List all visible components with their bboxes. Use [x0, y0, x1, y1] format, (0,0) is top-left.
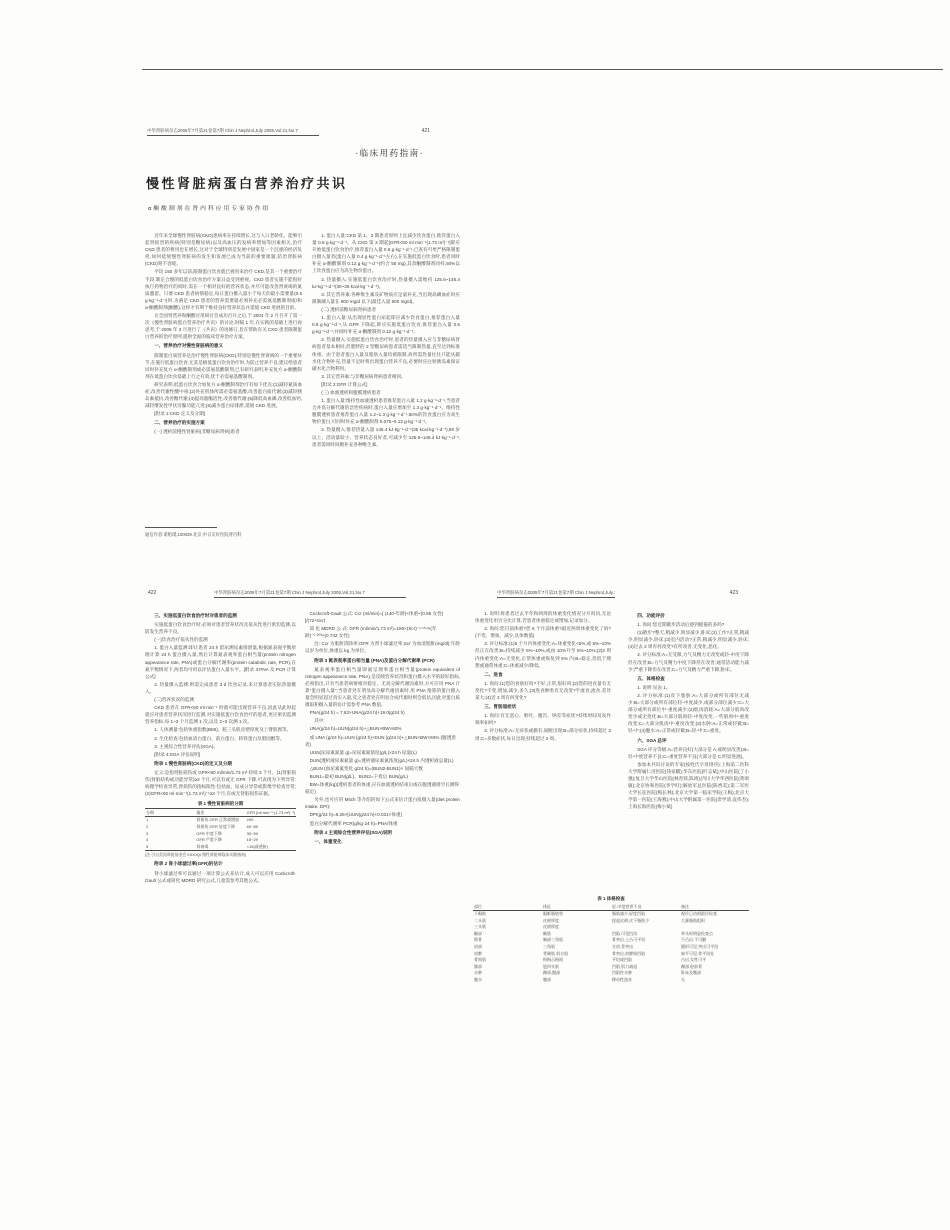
text-block: (一) 透析前慢性肾脏病(非糖尿病肾病)患者 — [145, 428, 302, 435]
text-block: 参加本共识讨论的专家(按姓氏字母排序):上海第二医科大学附属仁济医院(钱家麒);… — [628, 761, 749, 811]
cell-gfr: 60~89 — [246, 824, 296, 831]
text-block: (二)营养状况的监测 — [145, 696, 296, 703]
appendix-1-body: 定义:是指肾脏损伤或 GFR<60 ml/min/1.73 m² 持续 3 个月… — [145, 769, 296, 797]
text-block: Cockcroft-Gault 公式: Ccr (ml/min)=[ (140-… — [305, 610, 460, 624]
article-title: 慢性肾脏病蛋白营养治疗共识 — [146, 173, 348, 192]
text-block: CKD 患者在 GFR<60 ml·min⁻¹ 时就可能出现营养不良,因此从此时… — [145, 704, 296, 725]
text-block: [附录 1:CKD 定义及分期] — [145, 410, 302, 417]
cell-site: 锁骨 — [473, 937, 542, 944]
text-block: 1. 蛋白入量:维持性血液透析患者推荐蛋白入量 1.2 g·kg⁻¹·d⁻¹,当… — [312, 397, 460, 425]
text-block: 2. 热量摄入:实施低蛋白饮食治疗时,患者的热量摄入应与非糖尿病肾病患者基本相同… — [312, 336, 460, 371]
cell-remark — [680, 924, 749, 931]
cell-remark: 大量脂肪组织 — [680, 917, 749, 924]
text-block: 氮表观率蛋白相当量即氮呈现率蛋白相当量(protein equivalent o… — [305, 666, 460, 709]
sga-exam-table-row: 水肿 踝部,骶部 凹陷性水肿 卧床及骶部 — [473, 970, 749, 977]
sga-exam-table-header-cell: 部位 — [473, 903, 542, 910]
cell-sign: 股四头肌 — [542, 963, 611, 970]
text-block: 2. 评分标准:A=无受限,力气及精力无改变或轻-中度下降但在改善;B=力气及精… — [628, 651, 749, 672]
cell-remark: 凸出,女性可平 — [680, 957, 749, 964]
cell-site: 腹水 — [473, 977, 542, 984]
text-block: 1. 蛋白入量:从出现显性蛋白尿起即应减少饮食蛋白,推荐蛋白入量 0.8 g·k… — [312, 314, 460, 335]
text-block: PNA(g/24 h) = 7.62×UNA(g/24 h)+19.0(g/24… — [305, 709, 460, 716]
text-block: 3. 其它营养素:各种维生素及矿物质应足量补充,当出现高磷血症时应限制磷入量在 … — [312, 291, 460, 305]
text-block: 二、进食 — [475, 671, 611, 678]
text-block: SGA 评分等级:A=营养良好(大部分是 A,或明显改善);B=轻-中度营养不良… — [628, 746, 749, 760]
text-block: 近年来全球慢性肾脏病(CKD)患病率在持续增长,这与人口老龄化、能够引起肾损害的… — [145, 232, 302, 267]
text-block: 1. 询问:(1)您的食欲好吗?不好,正常,很好吗;(2)您的进食量有无变化?不… — [475, 680, 611, 701]
text-block: 或 UNA (g/24 h)=UUN (g/24 h)+DUN (g/24 h)… — [305, 734, 460, 748]
text-block: 1. 询问:您近期散步活动后感到疲倦的多吗? — [628, 621, 749, 628]
cell-site: 骨间肌 — [473, 957, 542, 964]
text-block: 二、营养治疗的实施方案 — [145, 419, 302, 426]
cell-stage: 3 — [145, 830, 195, 837]
p423-column-2: 四、功能评价1. 询问:您近期散步活动后感到疲倦的多吗?(1)散步?整天,稍减少… — [628, 610, 749, 894]
ckd-stage-table-row: 1 肾损伤,GFR 正常或增加 ≥90 — [145, 816, 296, 823]
cell-grade: 移动性浊音 — [611, 977, 680, 984]
text-block: 1. 说明:见表 1。 — [628, 684, 749, 691]
text-block: 简 化 MDRD 公 式: GFR (ml/min/1.73 m²)=186×(… — [305, 625, 460, 639]
cell-remark: 圆形可见,突出可平坦 — [680, 944, 749, 951]
top-divider-rule — [142, 69, 943, 70]
cell-grade: 骨突出,上凸可平坦 — [611, 937, 680, 944]
ckd-stage-table-row: 5 肾衰竭 <15(或透析) — [145, 843, 296, 850]
text-block: 一、体重变化 — [305, 838, 460, 845]
cell-gfr: <15(或透析) — [246, 843, 296, 850]
page-number: 421 — [422, 128, 430, 134]
text-block: 2. 评分标准:(1)皮下脂肪:A=大部分或所有部位无减少;B=大部分或所有部位… — [628, 692, 749, 735]
article-byline: α酮酸制剂在肾内科应用专家协作组 — [148, 203, 270, 212]
text-block: DUN(透析液尿素氮量 g)=透析液尿素氮浓度(g/L)×24 h 内透析液总量… — [305, 757, 460, 764]
text-block: 1. 说明:将患者过去半年和两周的体重变化情况分开询问,无论体重变化用百分比计算… — [475, 610, 611, 624]
page-422: 422 中华肾脏病杂志2005年7月第21卷第7期 Chin J Nephrol… — [140, 588, 462, 1012]
text-block: 限制蛋白质营养是治疗慢性肾脏病(CKD),特别是慢性肾衰竭的一个重要环节,在施行… — [145, 352, 302, 380]
scanned-journal-spread: 中华肾脏病杂志2005年7月第21卷第7期 Chin J Nephrol,Jul… — [0, 0, 950, 1230]
p421-column-2: 1. 蛋白入量:CKD 第 1、2 期患者原则上宜减少饮食蛋白,推荐蛋白入量 0… — [312, 232, 460, 567]
cell-grade: 凹陷性水肿 — [611, 970, 680, 977]
text-block: 1. 蛋白入量监测:即让患者 24 h 留尿测尿素排泄量,根据氮表观平衡原理计算… — [145, 644, 296, 679]
sga-exam-table-row: 锁骨 胸部三角肌 骨突出,上凸可平坦 不凸出,不可触 — [473, 937, 749, 944]
text-block: UNA(g/24 h)=UUN(g/24 h)+△BUN×BW×60% — [305, 725, 460, 732]
text-block: (二) 透析前糖尿病肾病患者 — [312, 306, 460, 313]
sga-exam-table-row: 下眼睑 眼眶脂肪垫 脂肪减少,轻度凹陷 视诊已动相最诊检查 — [473, 910, 749, 917]
sga-exam-table-row: 二头肌 皮褶厚度 捏起皮褶,皮下脂肪少 大量脂肪组织 — [473, 917, 749, 924]
text-block: 研究表明,低蛋白饮食合加复方 α-酮酸制剂治疗有如下优点:(1)减轻氮质血症,改… — [145, 381, 302, 409]
page-number: 422 — [148, 590, 156, 596]
text-block: 蛋白分解代谢率 PCR(g/kg·24 h)=PNA/体重 — [305, 820, 460, 827]
sga-exam-table-caption: 表 1 体格检查 — [473, 896, 749, 902]
cell-sign: 三角肌 — [542, 944, 611, 951]
sga-exam-table-header-row: 部位体征轻-中度营养不良备注 — [473, 903, 749, 910]
text-block: 三、胃肠道症状 — [475, 703, 611, 710]
text-block: 2. 热量摄入监测:则需完成患者 3 d 饮食记录,来计算患者实际热量摄入。 — [145, 681, 296, 695]
correspondence-footnote: 通信作者:谌贻璞,100029 北京,中日友好医院肾内科 — [145, 532, 305, 538]
cell-grade — [611, 924, 680, 931]
sga-exam-table: 表 1 体格检查 部位体征轻-中度营养不良备注 下眼睑 眼眶脂肪垫 脂肪减少,轻… — [473, 894, 749, 983]
ckd-stage-table-header-cell: 描述 — [195, 809, 245, 817]
text-block: 附录 4 主观综合性营养评估(SGA)说明 — [305, 829, 460, 836]
sga-exam-table-header-cell: 轻-中度营养不良 — [611, 903, 680, 910]
text-block: [附录 2:GFR 计算公式] — [312, 381, 460, 388]
ckd-stage-table-header-row: 分期描述GFR [ml·min⁻¹·(1.73 m²)⁻¹] — [145, 809, 296, 817]
text-block: 2. 评分标准:A=无症状或偶有,间断出现;B=部分症状,持续超过 2 周;C=… — [475, 727, 611, 741]
text-block: UUN(尿尿素氮量 g)=尿尿素氮浓度(g/L)×24 h 尿量(L) — [305, 749, 460, 756]
cell-grade: 凹陷,可见凹沟 — [611, 930, 680, 937]
sga-exam-table-row: 腹水 腹部 移动性浊音 无 — [473, 977, 749, 984]
cell-description: 肾损伤,GFR 轻度下降 — [195, 824, 245, 831]
text-block: △BUN (血尿素氮变化 g/24 h)=(BUN2-BUN1)× 间隔天数 — [305, 765, 460, 772]
text-block: 四、功能评价 — [628, 612, 749, 619]
text-block: 六、SGA 总评 — [628, 737, 749, 744]
cell-grade: 平坦或凹陷 — [611, 957, 680, 964]
text-block: [附录 4:SGA 评估说明] — [145, 751, 296, 758]
p422-column-2: Cockcroft-Gault 公式: Ccr (ml/min)=[ (140-… — [305, 610, 460, 1004]
text-block: (一)饮食治疗依从性的监测 — [145, 636, 296, 643]
cell-gfr: 15~29 — [246, 837, 296, 844]
text-block: 1. 人体测量:包括体重指数(BMI)、肱三头肌皮褶厚度及上臂肌围等。 — [145, 726, 296, 733]
text-block: 另外,也可应用 Mitch 等介绍的如下公式来估计蛋白质摄入量(diet pro… — [305, 796, 460, 810]
text-block: 2. 询问:您目前体重?您 6 个月前体重?最近两周体重变化了吗?(不变、增加、… — [475, 625, 611, 639]
sga-exam-table-row: 肩部 三角肌 方肩,骨突出 圆形可见,突出可平坦 — [473, 944, 749, 951]
section-label: ·临床用药指南· — [355, 147, 424, 159]
page-421-header: 中华肾脏病杂志2005年7月第21卷第7期 Chin J Nephrol,Jul… — [140, 128, 462, 138]
text-block: 2. 热量摄入:推荐热量入量 146.4 kJ·kg⁻¹·d⁻¹(35 kcal… — [312, 426, 460, 447]
cell-stage: 2 — [145, 824, 195, 831]
ckd-stage-table: 表 1 慢性肾脏病的分期 分期描述GFR [ml·min⁻¹·(1.73 m²)… — [145, 800, 296, 857]
cell-site: 水肿 — [473, 970, 542, 977]
journal-header-line: 中华肾脏病杂志2005年7月第21卷第7期 Chin J Nephrol,Jul… — [497, 590, 615, 598]
cell-sign: 拇指示指间 — [542, 957, 611, 964]
cell-gfr: 30~59 — [246, 830, 296, 837]
cell-remark: 举头时明显检查点 — [680, 930, 749, 937]
cell-remark: 踝部,胫前骨 — [680, 963, 749, 970]
cell-gfr: ≥90 — [246, 816, 296, 823]
text-block: BW=体重(kg)(透析患者的体重,应在血液透析结束后或在腹透液排空后测得稳定) — [305, 781, 460, 795]
ckd-stage-table-header-cell: GFR [ml·min⁻¹·(1.73 m²)⁻¹] — [246, 809, 296, 817]
footnote-rule — [145, 527, 217, 528]
text-block: BUN1=最初 BUN(g/L)、BUN2=干扰后 BUN(g/L) — [305, 773, 460, 780]
sga-exam-table-row: 肩胛 背阔肌,斜方肌 骨突出,肩胛间凹陷 扁平可见,骨平坦处 — [473, 950, 749, 957]
cell-site: 三头肌 — [473, 924, 542, 931]
cell-sign: 踝部,骶部 — [542, 970, 611, 977]
page-423-header: 中华肾脏病杂志2005年7月第21卷第7期 Chin J Nephrol,Jul… — [470, 590, 752, 600]
text-block: 一、营养治疗对慢性肾脏病的意义 — [145, 342, 302, 349]
cell-grade: 捏起皮褶,皮下脂肪少 — [611, 917, 680, 924]
text-block: (1)散步?整天,稍减少,明显减少,卧床;(2)工作?正常,稍减少,明显减少,卧… — [628, 629, 749, 650]
cell-site: 颞部 — [473, 930, 542, 937]
page-number: 423 — [730, 590, 738, 596]
cell-sign: 颞肌 — [542, 930, 611, 937]
cell-remark: 卧床及骶部 — [680, 970, 749, 977]
sga-exam-table-row: 骨间肌 拇指示指间 平坦或凹陷 凸出,女性可平 — [473, 957, 749, 964]
sga-exam-table-row: 膝部 股四头肌 凹陷,肌力减退 踝部,胫前骨 — [473, 963, 749, 970]
ckd-stage-table-row: 4 GFR 严重下降 15~29 — [145, 837, 296, 844]
text-block: 在全国肾营养和酮酸应用研讨会成功召开之后,于 2004 年 2 月召开了第一次《… — [145, 312, 302, 340]
ckd-stage-table-row: 2 肾损伤,GFR 轻度下降 60~89 — [145, 824, 296, 831]
sga-exam-table-row: 颞部 颞肌 凹陷,可见凹沟 举头时明显检查点 — [473, 930, 749, 937]
cell-stage: 4 — [145, 837, 195, 844]
cell-remark: 不凸出,不可触 — [680, 937, 749, 944]
cell-description: 肾衰竭 — [195, 843, 245, 850]
cell-site: 肩部 — [473, 944, 542, 951]
sga-exam-table-row: 三头肌 皮褶厚度 — [473, 924, 749, 931]
text-block: 其中: — [305, 717, 460, 724]
p421-column-1: 近年来全球慢性肾脏病(CKD)患病率在持续增长,这与人口老龄化、能够引起肾损害的… — [145, 232, 302, 524]
cell-description: 肾损伤,GFR 正常或增加 — [195, 816, 245, 823]
ckd-stage-table-caption: 表 1 慢性肾脏病的分期 — [145, 800, 296, 807]
text-block: 附录 3 氮表观率蛋白相当量 (PNA)及蛋白分解代谢率 (PCR) — [305, 657, 460, 664]
text-block: 五、体格检查 — [628, 675, 749, 682]
cell-remark: 视诊已动相最诊检查 — [680, 910, 749, 917]
cell-remark: 扁平可见,骨平坦处 — [680, 950, 749, 957]
ckd-stage-table-note: (注:引自美国肾脏基金会 K/DOQI 慢性肾脏病临床实践指南) — [145, 852, 296, 858]
page-423: 中华肾脏病杂志2005年7月第21卷第7期 Chin J Nephrol,Jul… — [470, 588, 752, 1012]
p422-column-1: 三、实施低蛋白饮食治疗时对患者的监测实施低蛋白饮食治疗时,必须对患者营养状况及依… — [145, 610, 296, 1004]
journal-header-line: 中华肾脏病杂志2005年7月第21卷第7期 Chin J Nephrol,Jul… — [214, 590, 406, 598]
appendix-2-heading: 附录 2 肾小球滤过率(GFR)的估计 — [145, 860, 296, 867]
cell-description: GFR 中度下降 — [195, 830, 245, 837]
cell-sign: 背阔肌,斜方肌 — [542, 950, 611, 957]
cell-sign: 皮褶厚度 — [542, 917, 611, 924]
journal-header-line: 中华肾脏病杂志2005年7月第21卷第7期 Chin J Nephrol,Jul… — [147, 128, 319, 136]
cell-site: 肩胛 — [473, 950, 542, 957]
cell-grade: 方肩,骨突出 — [611, 944, 680, 951]
text-block: 1. 蛋白入量:CKD 第 1、2 期患者原则上宜减少饮食蛋白,推荐蛋白入量 0… — [312, 232, 460, 275]
page-421: 中华肾脏病杂志2005年7月第21卷第7期 Chin J Nephrol,Jul… — [140, 126, 462, 586]
text-block: 三、实施低蛋白饮食治疗时对患者的监测 — [145, 612, 296, 619]
page-422-header: 422 中华肾脏病杂志2005年7月第21卷第7期 Chin J Nephrol… — [140, 590, 462, 600]
appendix-1-heading: 附录 1 慢性肾脏病(CKD)的定义及分期 — [145, 760, 296, 767]
cell-grade: 骨突出,肩胛间凹陷 — [611, 950, 680, 957]
cell-site: 二头肌 — [473, 917, 542, 924]
ckd-stage-table-header-cell: 分期 — [145, 809, 195, 817]
cell-remark: 无 — [680, 977, 749, 984]
sga-exam-table-header-cell: 体征 — [542, 903, 611, 910]
p423-column-1: 1. 说明:将患者过去半年和两周的体重变化情况分开询问,无论体重变化用百分比计算… — [475, 610, 611, 894]
cell-description: GFR 严重下降 — [195, 837, 245, 844]
cell-stage: 1 — [145, 816, 195, 823]
cell-sign: 胸部三角肌 — [542, 937, 611, 944]
text-block: (三) 血液透析和腹膜透析患者 — [312, 389, 460, 396]
cell-sign: 皮褶厚度 — [542, 924, 611, 931]
text-block: 实施低蛋白饮食治疗时,必须对患者营养状况及依从性进行密切监测,以防发生营养不良。 — [145, 621, 296, 635]
cell-sign: 眼眶脂肪垫 — [542, 910, 611, 917]
cell-grade: 脂肪减少,轻度凹陷 — [611, 910, 680, 917]
cell-sign: 腹部 — [542, 977, 611, 984]
text-block: 3. 主观综合性营养评估(SGA)。 — [145, 743, 296, 750]
appendix-2-body: 肾小球滤过率可以通过一项计算公式来估计,成人可以应用 Cockcroft-Gau… — [145, 870, 296, 884]
text-block: 2. 生化检查:包括血清白蛋白、前白蛋白、转铁蛋白及胆固醇等。 — [145, 735, 296, 742]
sga-exam-table-header-cell: 备注 — [680, 903, 749, 910]
text-block: 2. 热量摄入:实施低蛋白饮食治疗时,热量摄入需维持 125.6~146.4 k… — [312, 276, 460, 290]
text-block: 注: Ccr 为肌酐清除率;GFR 为肾小球滤过率;Scr 为血清肌酐(mg/d… — [305, 640, 460, 654]
text-block: 3. 其它营养素:与非糖尿病肾病患者相同。 — [312, 373, 460, 380]
text-block: 平均 150 多年以前,限制蛋白饮食就已被用来治疗 CKD,是其一个重要治疗手段… — [145, 268, 302, 311]
text-block: 3. 评分标准:(1)6 个月内体重变化:A=体重变化<5%,或 5%~10% … — [475, 640, 611, 668]
cell-stage: 5 — [145, 843, 195, 850]
text-block: 1. 询问:有无恶心、呕吐、腹泻、纳差等症状?持续时间及发作频率如何? — [475, 712, 611, 726]
ckd-stage-table-row: 3 GFR 中度下降 30~59 — [145, 830, 296, 837]
cell-grade: 凹陷,肌力减退 — [611, 963, 680, 970]
text-block: DPI(g/24 h)=6.25×[UUN(g/24 h)+0.031×体重] — [305, 811, 460, 818]
cell-site: 膝部 — [473, 963, 542, 970]
cell-site: 下眼睑 — [473, 910, 542, 917]
